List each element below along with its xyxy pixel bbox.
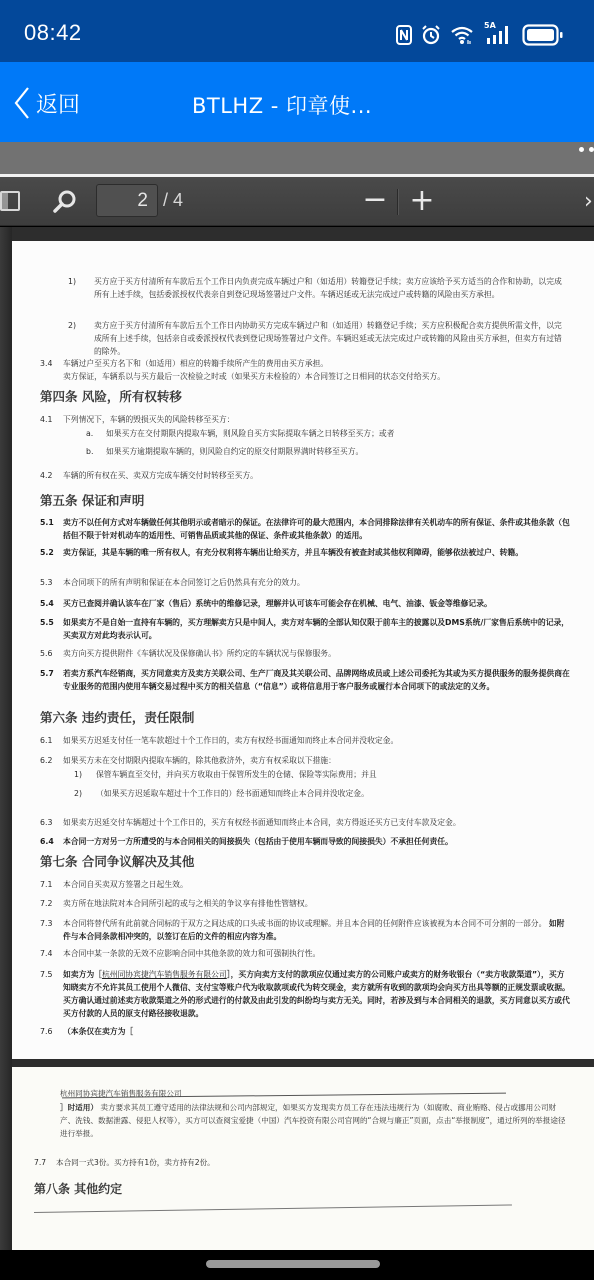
clause-7-4: 7.4本合同中某一条款的无效不应影响合同中其他条款的效力和可强制执行性。 [40, 947, 570, 960]
section-heading-8: 第八条 其他约定 [34, 1180, 122, 1197]
wifi-icon [450, 25, 474, 45]
alarm-icon [421, 25, 441, 45]
viewer-header-strip [0, 142, 594, 174]
pdf-page-2: 1) 买方应于买方付清所有车款后五个工作日内负责完成车辆过户和（如适用）转籍登记… [12, 241, 594, 1059]
list-item: 1) 买方应于买方付清所有车款后五个工作日内负责完成车辆过户和（如适用）转籍登记… [68, 275, 568, 301]
clause-7-3: 7.3本合同将替代所有此前就合同标的于双方之间达成的口头或书面的协议或理解。并且… [40, 917, 570, 943]
pdf-viewer[interactable]: 1) 买方应于买方付清所有车款后五个工作日内负责完成车辆过户和（如适用）转籍登记… [0, 227, 594, 1250]
seller-company-name: 杭州同协宾捷汽车销售服务有限公司 [60, 1088, 182, 1099]
search-icon[interactable] [52, 189, 78, 215]
page-number-input[interactable]: 2 [96, 184, 158, 217]
zoom-in-button[interactable]: + [407, 185, 437, 219]
clause-5-2: 5.2卖方保证，其是车辆的唯一所有权人，有充分权利将车辆出让给买方，并且车辆没有… [40, 546, 570, 559]
status-bar: 08:42 5A [0, 0, 594, 62]
clause-4-1: 4.1下列情况下，车辆的毁损灭失的风险转移至买方： [40, 413, 570, 426]
nfc-icon [396, 25, 412, 45]
status-icons: 5A [396, 24, 564, 46]
clause-4-1-b: b.如果买方逾期提取车辆的，则风险自约定的原交付期限界满时转移至买方。 [86, 445, 566, 458]
clause-7-6: 7.6（本条仅在卖方为［ [40, 1025, 570, 1038]
clause-7-7: 7.7本合同一式3份。买方持有1份，卖方持有2份。 [34, 1157, 215, 1168]
clause-6-2-1: 1)保管车辆直至交付，并向买方收取由于保管所发生的仓储、保险等实际费用；并且 [74, 768, 554, 781]
clause-6-4: 6.4本合同一方对另一方所遭受的与本合同相关的间接损失（包括由于使用车辆而导致的… [40, 835, 570, 848]
battery-icon [522, 24, 564, 46]
clause-6-2-2: 2)（如果买方迟延取车超过十个工作日的）经书面通知而终止本合同并没收定金。 [74, 787, 554, 800]
status-time: 08:42 [24, 20, 82, 46]
clause-4-2: 4.2车辆的所有权在买、卖双方完成车辆交付时转移至买方。 [40, 469, 570, 482]
home-indicator[interactable] [206, 1260, 380, 1268]
compliance-paragraph: ］时适用） 卖方要求其员工遵守适用的法律法规和公司内部规定，如果买方发现卖方员工… [60, 1101, 570, 1140]
pdf-page-3: 杭州同协宾捷汽车销售服务有限公司 ］时适用） 卖方要求其员工遵守适用的法律法规和… [12, 1067, 594, 1250]
toolbar-separator [397, 189, 399, 215]
clause-5-1: 5.1卖方不以任何方式对车辆做任何其他明示或者暗示的保证。在法律许可的最大范围内… [40, 516, 570, 542]
clause-6-2: 6.2如果买方未在交付期限内提取车辆的，除其他救济外，卖方有权采取以下措施： [40, 754, 570, 767]
seller-name-field: 杭州同协宾捷汽车销售服务有限公司 [102, 970, 227, 979]
back-button[interactable]: 返回 [14, 86, 80, 120]
section-heading-5: 第五条 保证和声明 [40, 494, 144, 507]
page-title: BTLHZ - 印章使... [192, 90, 372, 120]
clause-7-2: 7.2卖方所在地法院对本合同所引起的或与之相关的争议享有排他性管辖权。 [40, 897, 570, 910]
clause-6-1: 6.1如果买方迟延支付任一笔车款超过十个工作日的，卖方有权经书面通知而终止本合同… [40, 734, 570, 747]
clause-7-5: 7.5如卖方为［杭州同协宾捷汽车销售服务有限公司］，买方向卖方支付的款项应仅通过… [40, 968, 570, 1020]
clause-3-4: 3.4 车辆过户至买方名下和（如适用）相应的转籍手续所产生的费用由买方承担。卖方… [40, 357, 570, 383]
clause-5-6: 5.6卖方向买方提供附件《车辆状况及保修确认书》所约定的车辆状况与保修服务。 [40, 647, 570, 660]
section-heading-7: 第七条 合同争议解决及其他 [40, 855, 194, 868]
blank-fill-line [34, 1204, 512, 1213]
clause-5-4: 5.4买方已查阅并确认该车在厂家（售后）系统中的维修记录，理解并认可该车可能会存… [40, 597, 570, 610]
pdf-toolbar: 2 / 4 − + › [0, 177, 594, 226]
clause-5-7: 5.7若卖方系汽车经销商，买方同意卖方及卖方关联公司、生产厂商及其关联公司、品牌… [40, 667, 570, 693]
signal-5a-icon: 5A [483, 25, 513, 45]
list-item: 2) 卖方应于买方付清所有车款后五个工作日内协助买方完成车辆过户和（如适用）转籍… [68, 319, 568, 358]
toolbar-overflow-button[interactable]: › [584, 189, 593, 214]
back-label: 返回 [36, 88, 80, 119]
section-heading-6: 第六条 违约责任，责任限制 [40, 711, 194, 724]
clause-7-1: 7.1本合同自买卖双方签署之日起生效。 [40, 878, 570, 891]
gesture-bar-area [0, 1250, 594, 1280]
chevron-left-icon [14, 86, 30, 120]
clause-6-3: 6.3如果卖方迟延交付车辆超过十个工作日的，买方有权经书面通知而终止本合同，卖方… [40, 816, 570, 829]
more-options-icon[interactable] [579, 147, 594, 152]
clause-5-5: 5.5如果卖方不是自始一直持有车辆的，买方理解卖方只是中间人，卖方对车辆的全部认… [40, 616, 570, 642]
clause-5-3: 5.3本合同项下的所有声明和保证在本合同签订之后仍然具有充分的效力。 [40, 576, 570, 589]
page-total: / 4 [163, 190, 183, 211]
sidebar-toggle-icon[interactable] [0, 191, 20, 211]
clause-4-1-a: a.如果买方在交付期限内提取车辆，则风险自买方实际提取车辆之日转移至买方；或者 [86, 427, 566, 440]
zoom-out-button[interactable]: − [362, 185, 388, 219]
section-heading-4: 第四条 风险，所有权转移 [40, 390, 182, 403]
nav-bar: 返回 BTLHZ - 印章使... [0, 62, 594, 142]
